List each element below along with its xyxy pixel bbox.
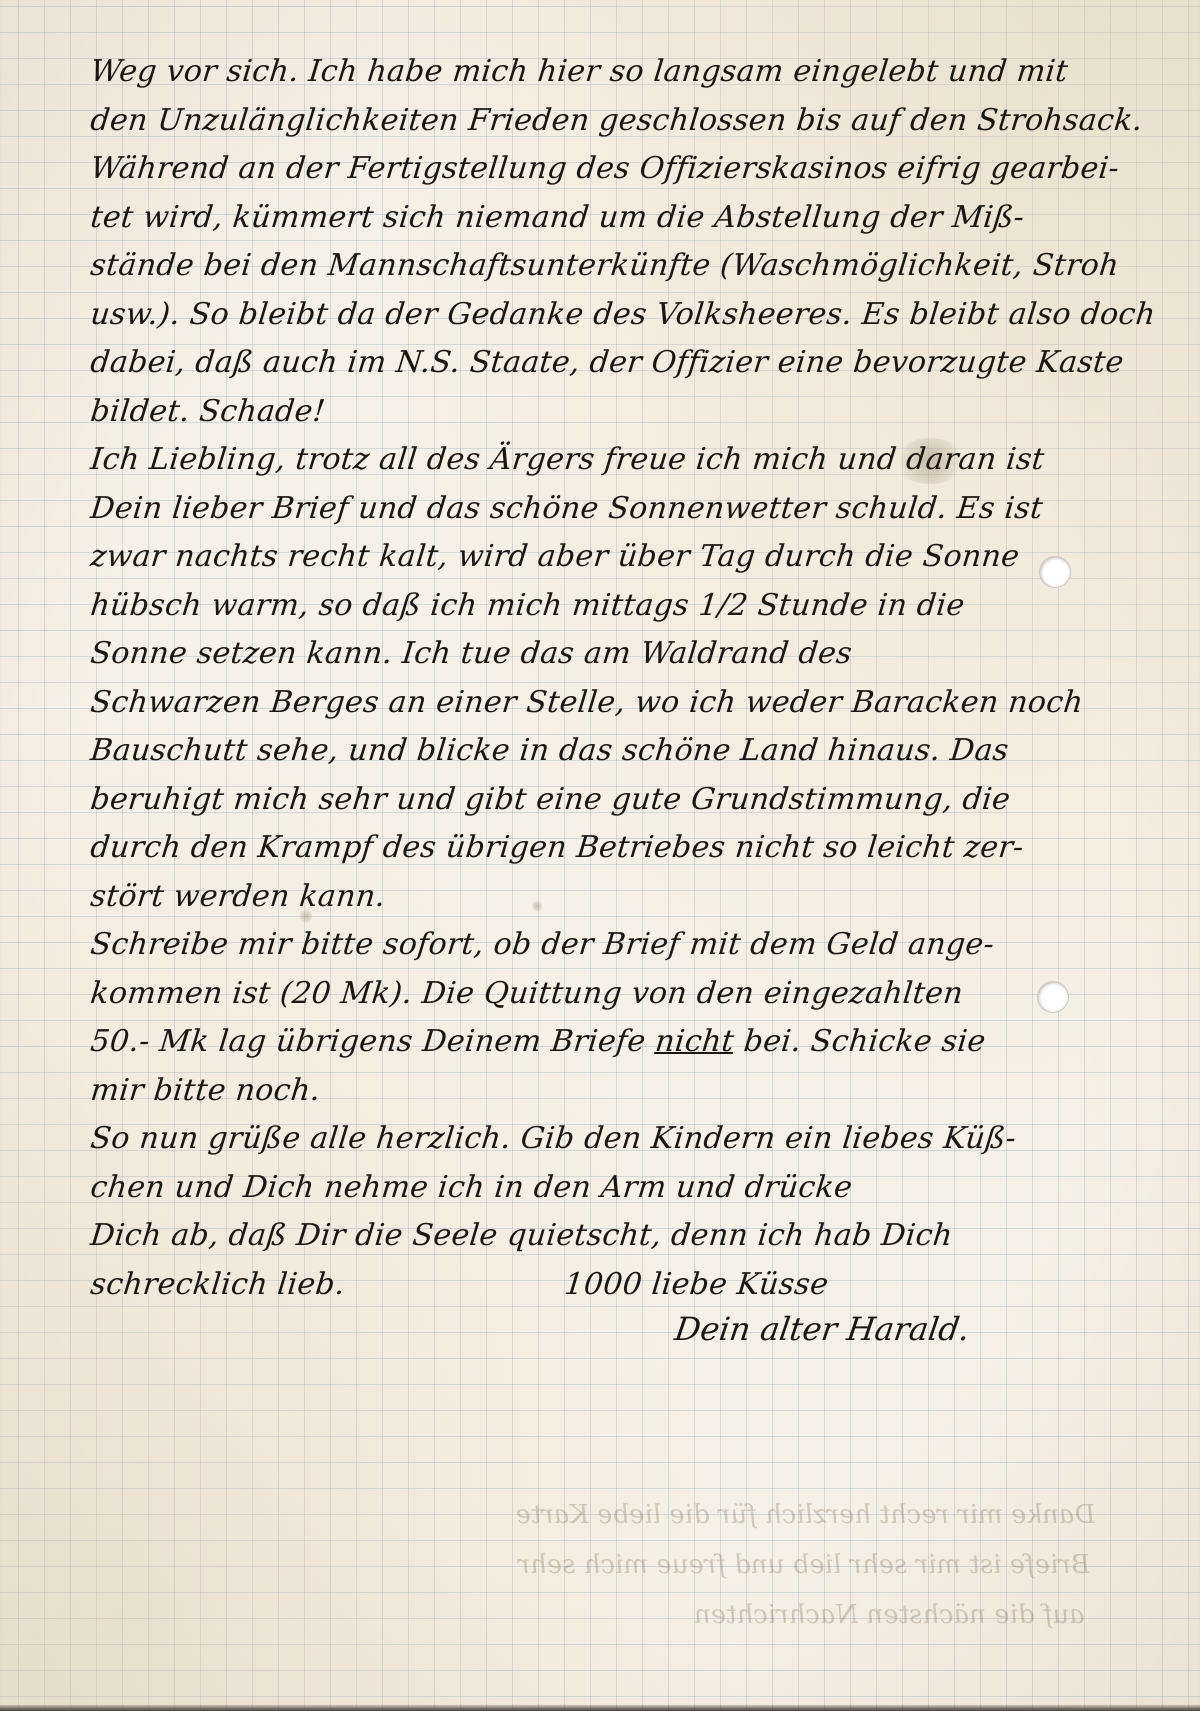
bleed-line: Briefe ist mir sehr lieb und freue mich … xyxy=(647,1540,1092,1590)
letter-line: mir bitte noch. xyxy=(88,1067,1093,1116)
letter-line: Dein lieber Brief und das schöne Sonnenw… xyxy=(88,485,1093,534)
closing-kisses: 1000 liebe Küsse xyxy=(563,1267,830,1302)
paper-bottom-edge xyxy=(0,1705,1200,1711)
letter-line: beruhigt mich sehr und gibt eine gute Gr… xyxy=(88,776,1093,825)
bleed-line: auf die nächsten Nachrichten xyxy=(642,1590,1087,1640)
letter-line: Bauschutt sehe, und blicke in das schöne… xyxy=(88,727,1093,776)
bleed-through-text: Danke mir recht herzlich für die liebe K… xyxy=(642,1490,1098,1640)
signature: Dein alter Harald. xyxy=(672,1310,972,1348)
letter-body: Weg vor sich. Ich habe mich hier so lang… xyxy=(88,48,1088,1309)
letter-line: stört werden kann. xyxy=(88,873,1093,922)
letter-line: Schreibe mir bitte sofort, ob der Brief … xyxy=(88,921,1093,970)
letter-line-with-closing: schrecklich lieb. 1000 liebe Küsse xyxy=(88,1261,1093,1310)
letter-line: stände bei den Mannschaftsunterkünfte (W… xyxy=(88,242,1093,291)
letter-line: tet wird, kümmert sich niemand um die Ab… xyxy=(88,194,1093,243)
letter-line: Sonne setzen kann. Ich tue das am Waldra… xyxy=(88,630,1093,679)
letter-line: Dich ab, daß Dir die Seele quietscht, de… xyxy=(88,1212,1093,1261)
letter-line: kommen ist (20 Mk). Die Quittung von den… xyxy=(88,970,1093,1019)
letter-line: Ich Liebling, trotz all des Ärgers freue… xyxy=(88,436,1093,485)
letter-line: Weg vor sich. Ich habe mich hier so lang… xyxy=(88,48,1093,97)
underlined-word: nicht xyxy=(654,1024,736,1059)
letter-line: Schwarzen Berges an einer Stelle, wo ich… xyxy=(88,679,1093,728)
letter-line: Während an der Fertigstellung des Offizi… xyxy=(88,145,1093,194)
letter-line: 50.- Mk lag übrigens Deinem Briefe nicht… xyxy=(88,1018,1093,1067)
bleed-line: Danke mir recht herzlich für die liebe K… xyxy=(653,1490,1098,1540)
letter-line: usw.). So bleibt da der Gedanke des Volk… xyxy=(88,291,1093,340)
letter-line: So nun grüße alle herzlich. Gib den Kind… xyxy=(88,1115,1093,1164)
letter-line: schrecklich lieb. xyxy=(89,1267,347,1302)
letter-line: den Unzulänglichkeiten Frieden geschloss… xyxy=(88,97,1093,146)
letter-line: chen und Dich nehme ich in den Arm und d… xyxy=(88,1164,1093,1213)
letter-page: Danke mir recht herzlich für die liebe K… xyxy=(0,0,1200,1711)
letter-line: zwar nachts recht kalt, wird aber über T… xyxy=(88,533,1093,582)
letter-line: bildet. Schade! xyxy=(88,388,1093,437)
letter-line: durch den Krampf des übrigen Betriebes n… xyxy=(88,824,1093,873)
letter-line: dabei, daß auch im N.S. Staate, der Offi… xyxy=(88,339,1093,388)
letter-line: hübsch warm, so daß ich mich mittags 1/2… xyxy=(88,582,1093,631)
